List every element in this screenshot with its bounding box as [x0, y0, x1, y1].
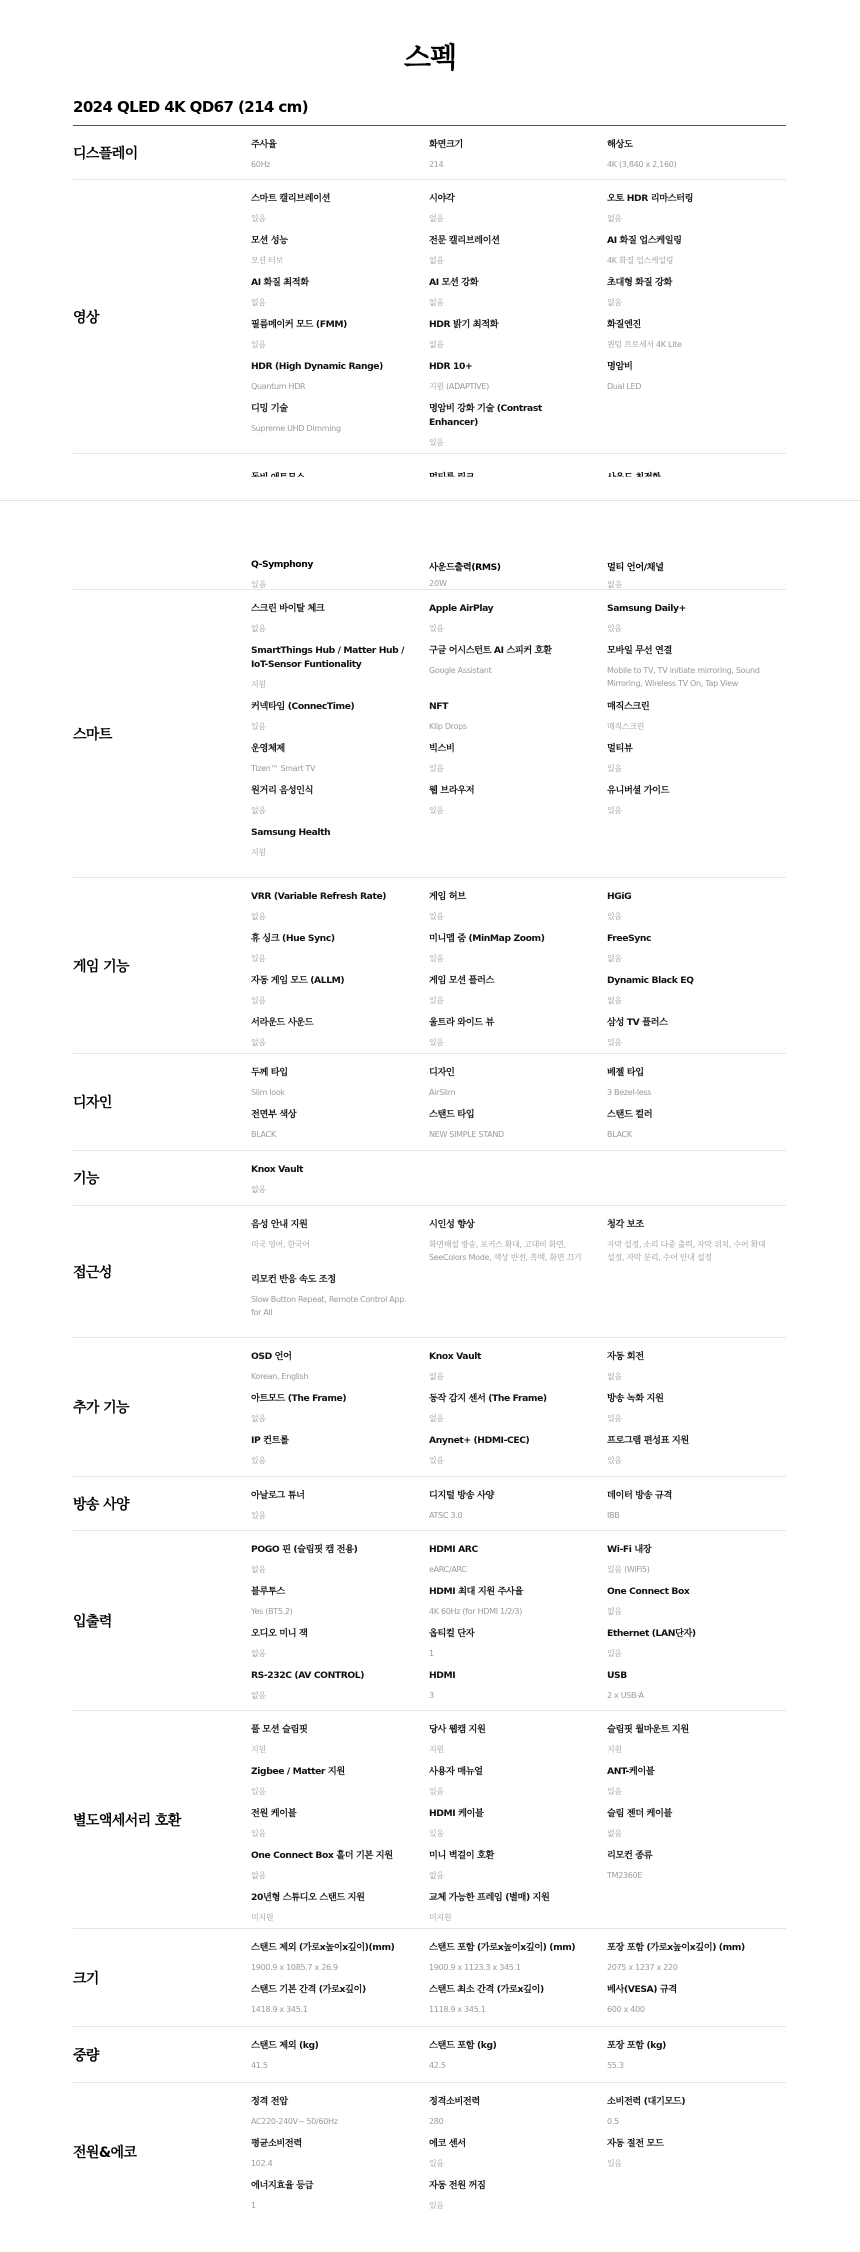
spec-item: 빅스비있음 [429, 742, 607, 784]
spec-value: Slow Button Repeat, Remote Control App. … [251, 1293, 415, 1319]
spec-item: AI 화질 업스케일링4K 화질 업스케일링 [607, 234, 785, 276]
spec-item: Samsung Health지원 [251, 826, 429, 868]
spec-value: 2 x USB-A [607, 1689, 771, 1702]
spec-category-title: 디스플레이 [73, 126, 243, 179]
spec-label: 정격 전압 [251, 2095, 415, 2109]
spec-value: Dual LED [607, 380, 771, 393]
spec-section: 크기스탠드 제외 (가로x높이x깊이)(mm)1900.9 x 1085.7 x… [73, 1929, 786, 2027]
spec-value: 있음 [607, 1454, 771, 1467]
spec-label: 아트모드 (The Frame) [251, 1392, 415, 1406]
spec-value: 지원 (ADAPTIVE) [429, 380, 593, 393]
spec-item: Zigbee / Matter 지원있음 [251, 1765, 429, 1807]
spec-value: 있음 [429, 1454, 593, 1467]
spec-value: 없음 [251, 910, 415, 923]
spec-item: NFTKlip Drops [429, 700, 607, 742]
spec-item: 오디오 미니 잭없음 [251, 1627, 429, 1669]
spec-category-title: 접근성 [73, 1206, 243, 1337]
spec-item: 서라운드 사운드없음 [251, 1016, 429, 1058]
spec-item: Anynet+ (HDMI-CEC)있음 [429, 1434, 607, 1476]
spec-value: 있음 [251, 994, 415, 1007]
spec-label: 주사율 [251, 138, 415, 152]
spec-value: 없음 [251, 804, 415, 817]
model-title: 2024 QLED 4K QD67 (214 cm) [73, 98, 308, 116]
spec-label: 소비전력 (대기모드) [607, 2095, 771, 2109]
spec-section: 별도액세서리 호환풀 모션 슬림핏지원당사 웹캠 지원지원슬림핏 월마운트 지원… [73, 1711, 786, 1929]
spec-value: 화면해설 방송, 포커스 확대, 고대비 화면, SeeColors Mode,… [429, 1238, 593, 1264]
spec-category-title: 전원&에코 [73, 2083, 243, 2220]
spec-item: 스탠드 포함 (kg)42.5 [429, 2039, 607, 2081]
spec-value: 모션 터보 [251, 254, 415, 267]
spec-item: 슬림핏 월마운트 지원지원 [607, 1723, 785, 1765]
spec-value: 0.5 [607, 2115, 771, 2128]
spec-value: 있음 [607, 2157, 771, 2170]
spec-label: 풀 모션 슬림핏 [251, 1723, 415, 1737]
spec-label: HDMI ARC [429, 1543, 593, 1557]
cut-fragment-bottom: Q-Symphony있음사운드출력(RMS)20W멀티 언어/채널없음 [73, 501, 786, 590]
spec-item: 명암비 강화 기술 (Contrast Enhancer)있음 [429, 402, 607, 458]
spec-label: 미니 벽걸이 호환 [429, 1849, 593, 1863]
spec-value: Supreme UHD Dimming [251, 422, 415, 435]
spec-item: 스마트 캘리브레이션있음 [251, 192, 429, 234]
spec-value: 없음 [607, 1827, 771, 1840]
spec-category-title: 추가 기능 [73, 1338, 243, 1476]
spec-item: 원거리 음성인식없음 [251, 784, 429, 826]
spec-label: 오디오 미니 잭 [251, 1627, 415, 1641]
spec-item: 정격소비전력280 [429, 2095, 607, 2137]
spec-value: ATSC 3.0 [429, 1509, 593, 1522]
spec-value: 자막 설정, 소리 다중 출력, 자막 위치, 수어 확대 설정, 자막 분리,… [607, 1238, 771, 1264]
spec-label: 스탠드 컬러 [607, 1108, 771, 1122]
spec-item: HDR (High Dynamic Range)Quantum HDR [251, 360, 429, 402]
spec-item: 블루투스Yes (BT5.2) [251, 1585, 429, 1627]
spec-item: 해상도4K (3,840 x 2,160) [607, 138, 785, 180]
spec-value: AirSlim [429, 1086, 593, 1099]
spec-label: 정격소비전력 [429, 2095, 593, 2109]
spec-value: Mobile to TV, TV initiate mirroring, Sou… [607, 664, 771, 690]
spec-value: 41.5 [251, 2059, 415, 2072]
spec-value: 지원 [607, 1743, 771, 1756]
spec-section: 기능Knox Vault없음 [73, 1151, 786, 1206]
spec-value: 없음 [607, 952, 771, 965]
spec-label: Wi-Fi 내장 [607, 1543, 771, 1557]
spec-value: 있음 [429, 436, 593, 449]
spec-item: Samsung Daily+있음 [607, 602, 785, 644]
spec-item: USB2 x USB-A [607, 1669, 785, 1711]
spec-label: 스탠드 포함 (가로x높이x깊이) (mm) [429, 1941, 593, 1955]
spec-value: 없음 [607, 1370, 771, 1383]
spec-item: 당사 웹캠 지원지원 [429, 1723, 607, 1765]
spec-label: 디지털 방송 사양 [429, 1489, 593, 1503]
spec-category-title: 영상 [73, 180, 243, 453]
spec-label: 청각 보조 [607, 1218, 771, 1232]
spec-category-title: 방송 사양 [73, 1477, 243, 1530]
spec-label: HDR 10+ [429, 360, 593, 374]
spec-item: 청각 보조자막 설정, 소리 다중 출력, 자막 위치, 수어 확대 설정, 자… [607, 1218, 785, 1273]
spec-item: Ethernet (LAN단자)있음 [607, 1627, 785, 1669]
spec-category-title: 기능 [73, 1151, 243, 1205]
spec-label: 디자인 [429, 1066, 593, 1080]
spec-label: Samsung Health [251, 826, 415, 840]
spec-value: 214 [429, 158, 593, 171]
spec-label: 당사 웹캠 지원 [429, 1723, 593, 1737]
spec-label: One Connect Box [607, 1585, 771, 1599]
spec-item: POGO 핀 (슬림핏 캠 전용)없음 [251, 1543, 429, 1585]
spec-value: 없음 [429, 1412, 593, 1425]
spec-value: 있음 [251, 338, 415, 351]
spec-label: 베사(VESA) 규격 [607, 1983, 771, 1997]
spec-value: IBB [607, 1509, 771, 1522]
spec-item: OSD 언어Korean, English [251, 1350, 429, 1392]
spec-label: 스탠드 제외 (kg) [251, 2039, 415, 2053]
spec-item: HDMI3 [429, 1669, 607, 1711]
spec-item: 스탠드 제외 (kg)41.5 [251, 2039, 429, 2081]
spec-label: HDMI 최대 지원 주사율 [429, 1585, 593, 1599]
spec-value: 지원 [251, 846, 415, 859]
spec-label: 자동 회전 [607, 1350, 771, 1364]
spec-label: Knox Vault [251, 1163, 415, 1177]
spec-value: 없음 [251, 1869, 415, 1882]
spec-value: Quantum HDR [251, 380, 415, 393]
spec-value: 있음 [251, 1454, 415, 1467]
spec-value: 1900.9 x 1123.3 x 345.1 [429, 1961, 593, 1974]
spec-label: 스마트 캘리브레이션 [251, 192, 415, 206]
spec-value: Google Assistant [429, 664, 593, 677]
cut-fragment-top: 돌비 애트모스멀티룸 링크사운드 최적화 [73, 454, 786, 500]
spec-section: 디스플레이주사율60Hz화면크기214해상도4K (3,840 x 2,160) [73, 126, 786, 180]
spec-item: 운영체제Tizen™ Smart TV [251, 742, 429, 784]
spec-item: 울트라 와이드 뷰있음 [429, 1016, 607, 1058]
spec-value: 있음 (WiFi5) [607, 1563, 771, 1576]
spec-value: 미지원 [251, 1911, 415, 1924]
spec-label: 평균소비전력 [251, 2137, 415, 2151]
spec-section: 추가 기능OSD 언어Korean, EnglishKnox Vault없음자동… [73, 1338, 786, 1477]
spec-items-grid: OSD 언어Korean, EnglishKnox Vault없음자동 회전없음… [251, 1350, 786, 1476]
spec-label: HDMI [429, 1669, 593, 1683]
spec-label: 베젤 타입 [607, 1066, 771, 1080]
spec-items-grid: 정격 전압AC220-240V~ 50/60Hz정격소비전력280소비전력 (대… [251, 2095, 786, 2221]
spec-label-fragment: 멀티룸 링크 [429, 469, 474, 483]
spec-label: HDR (High Dynamic Range) [251, 360, 415, 374]
spec-item: Dynamic Black EQ없음 [607, 974, 785, 1016]
spec-item: 오토 HDR 리마스터링없음 [607, 192, 785, 234]
spec-item: 스탠드 타입NEW SIMPLE STAND [429, 1108, 607, 1150]
spec-item: 프로그램 편성표 지원있음 [607, 1434, 785, 1476]
spec-label: 두께 타입 [251, 1066, 415, 1080]
spec-label: 스탠드 기본 간격 (가로x깊이) [251, 1983, 415, 1997]
spec-value: 2075 x 1237 x 220 [607, 1961, 771, 1974]
spec-label: Anynet+ (HDMI-CEC) [429, 1434, 593, 1448]
spec-item: 웹 브라우저있음 [429, 784, 607, 826]
spec-item: 정격 전압AC220-240V~ 50/60Hz [251, 2095, 429, 2137]
spec-item: 필름메이커 모드 (FMM)있음 [251, 318, 429, 360]
spec-label: 화면크기 [429, 138, 593, 152]
spec-value: 42.5 [429, 2059, 593, 2072]
spec-value: 60Hz [251, 158, 415, 171]
spec-item: 포장 포함 (가로x높이x깊이) (mm)2075 x 1237 x 220 [607, 1941, 785, 1983]
spec-item: 스탠드 컬러BLACK [607, 1108, 785, 1150]
spec-item: 유니버셜 가이드있음 [607, 784, 785, 826]
spec-label: 울트라 와이드 뷰 [429, 1016, 593, 1030]
spec-label: 구글 어시스턴트 AI 스피커 호환 [429, 644, 593, 658]
spec-value: 1 [429, 1647, 593, 1660]
spec-value: 있음 [251, 1509, 415, 1522]
spec-section: 게임 기능VRR (Variable Refresh Rate)없음게임 허브있… [73, 878, 786, 1054]
spec-section: 접근성음성 안내 지원미국 영어, 한국어시인성 향상화면해설 방송, 포커스 … [73, 1206, 786, 1338]
spec-value: 있음 [429, 910, 593, 923]
spec-label: ANT-케이블 [607, 1765, 771, 1779]
spec-value: 4K 60Hz (for HDMI 1/2/3) [429, 1605, 593, 1618]
spec-value: 없음 [429, 1370, 593, 1383]
page-title: 스펙 [0, 36, 860, 76]
spec-label: 화질엔진 [607, 318, 771, 332]
spec-item: Knox Vault없음 [251, 1163, 429, 1205]
spec-label: 데이터 방송 규격 [607, 1489, 771, 1503]
spec-label: OSD 언어 [251, 1350, 415, 1364]
spec-item: One Connect Box 홀더 기본 지원없음 [251, 1849, 429, 1891]
spec-label: 초대형 화질 강화 [607, 276, 771, 290]
spec-label: NFT [429, 700, 593, 714]
spec-item: HDR 밝기 최적화없음 [429, 318, 607, 360]
spec-section: 방송 사양아날로그 튜너있음디지털 방송 사양ATSC 3.0데이터 방송 규격… [73, 1477, 786, 1531]
spec-items-grid: 아날로그 튜너있음디지털 방송 사양ATSC 3.0데이터 방송 규격IBB [251, 1489, 786, 1531]
spec-value: 없음 [251, 1036, 415, 1049]
spec-label: 커넥타임 (ConnecTime) [251, 700, 415, 714]
spec-value: 없음 [607, 1605, 771, 1618]
spec-section: 입출력POGO 핀 (슬림핏 캠 전용)없음HDMI ARCeARC/ARCWi… [73, 1531, 786, 1711]
spec-label: 시야각 [429, 192, 593, 206]
spec-item: ANT-케이블있음 [607, 1765, 785, 1807]
spec-value: 있음 [429, 622, 593, 635]
spec-items-grid: 스탠드 제외 (가로x높이x깊이)(mm)1900.9 x 1085.7 x 2… [251, 1941, 786, 2025]
spec-section: 디자인두께 타입Slim look디자인AirSlim베젤 타입3 Bezel-… [73, 1054, 786, 1151]
spec-item: 자동 게임 모드 (ALLM)있음 [251, 974, 429, 1016]
spec-label: 블루투스 [251, 1585, 415, 1599]
spec-value: 4K 화질 업스케일링 [607, 254, 771, 267]
spec-value: BLACK [607, 1128, 771, 1141]
spec-item: 두께 타입Slim look [251, 1066, 429, 1108]
spec-value: 없음 [607, 212, 771, 225]
spec-items-grid: 스마트 캘리브레이션있음시야각없음오토 HDR 리마스터링없음모션 성능모션 터… [251, 192, 786, 458]
spec-value: Yes (BT5.2) [251, 1605, 415, 1618]
spec-label: 게임 허브 [429, 890, 593, 904]
spec-value: 55.3 [607, 2059, 771, 2072]
spec-items-grid: 풀 모션 슬림핏지원당사 웹캠 지원지원슬림핏 월마운트 지원지원Zigbee … [251, 1723, 786, 1933]
spec-item: 옵티컬 단자1 [429, 1627, 607, 1669]
spec-item: AI 화질 최적화없음 [251, 276, 429, 318]
spec-value: 있음 [607, 762, 771, 775]
spec-value: 280 [429, 2115, 593, 2128]
spec-label: 슬림핏 월마운트 지원 [607, 1723, 771, 1737]
spec-label: 휴 싱크 (Hue Sync) [251, 932, 415, 946]
spec-label: 미니맵 줌 (MinMap Zoom) [429, 932, 593, 946]
spec-item: 게임 허브있음 [429, 890, 607, 932]
spec-category-title: 게임 기능 [73, 878, 243, 1053]
spec-label: 프로그램 편성표 지원 [607, 1434, 771, 1448]
spec-label: 리모컨 종류 [607, 1849, 771, 1863]
spec-items-grid: 스크린 바이탈 체크없음Apple AirPlay있음Samsung Daily… [251, 602, 786, 868]
spec-label: 게임 모션 플러스 [429, 974, 593, 988]
spec-value: 있음 [607, 1412, 771, 1425]
spec-category-title: 크기 [73, 1929, 243, 2026]
spec-item: 전문 캘리브레이션없음 [429, 234, 607, 276]
spec-label: 디밍 기술 [251, 402, 415, 416]
spec-item: 아날로그 튜너있음 [251, 1489, 429, 1531]
spec-item: 스탠드 포함 (가로x높이x깊이) (mm)1900.9 x 1123.3 x … [429, 1941, 607, 1983]
spec-label: 음성 안내 지원 [251, 1218, 415, 1232]
spec-label: 아날로그 튜너 [251, 1489, 415, 1503]
spec-item: 에코 센서있음 [429, 2137, 607, 2179]
spec-label: 슬림 젠더 케이블 [607, 1807, 771, 1821]
page-cut-fragment: 돌비 애트모스멀티룸 링크사운드 최적화Q-Symphony있음사운드출력(RM… [0, 454, 860, 590]
spec-label: 전면부 색상 [251, 1108, 415, 1122]
spec-label: USB [607, 1669, 771, 1683]
spec-value: 없음 [429, 1869, 593, 1882]
spec-label: Knox Vault [429, 1350, 593, 1364]
spec-value: 있음 [251, 720, 415, 733]
spec-value: 있음 [429, 2157, 593, 2170]
spec-item: 디지털 방송 사양ATSC 3.0 [429, 1489, 607, 1531]
spec-label: 교체 가능한 프레임 (별매) 지원 [429, 1891, 593, 1905]
spec-item: 화질엔진퀀텀 프로세서 4K Lite [607, 318, 785, 360]
spec-item: 포장 포함 (kg)55.3 [607, 2039, 785, 2081]
spec-item: 베젤 타입3 Bezel-less [607, 1066, 785, 1108]
spec-item: One Connect Box없음 [607, 1585, 785, 1627]
spec-item: Apple AirPlay있음 [429, 602, 607, 644]
spec-item: 스크린 바이탈 체크없음 [251, 602, 429, 644]
spec-item: 슬림 젠더 케이블없음 [607, 1807, 785, 1849]
spec-item: 평균소비전력102.4 [251, 2137, 429, 2179]
spec-label: 스탠드 제외 (가로x높이x깊이)(mm) [251, 1941, 415, 1955]
spec-value: 있음 [429, 762, 593, 775]
spec-item: 화면크기214 [429, 138, 607, 180]
spec-item: 구글 어시스턴트 AI 스피커 호환Google Assistant [429, 644, 607, 700]
spec-value: 있음 [251, 952, 415, 965]
spec-item: 사용자 매뉴얼있음 [429, 1765, 607, 1807]
spec-value: 3 [429, 1689, 593, 1702]
spec-label: AI 화질 최적화 [251, 276, 415, 290]
spec-label: 리모컨 반응 속도 조정 [251, 1273, 415, 1287]
spec-value: Korean, English [251, 1370, 415, 1383]
spec-label: 해상도 [607, 138, 771, 152]
spec-value: 있음 [607, 910, 771, 923]
spec-item: 스탠드 제외 (가로x높이x깊이)(mm)1900.9 x 1085.7 x 2… [251, 1941, 429, 1983]
spec-items-grid: 두께 타입Slim look디자인AirSlim베젤 타입3 Bezel-les… [251, 1066, 786, 1150]
spec-label: 스탠드 최소 간격 (가로x깊이) [429, 1983, 593, 1997]
spec-item: 모션 성능모션 터보 [251, 234, 429, 276]
spec-item: 리모컨 반응 속도 조정Slow Button Repeat, Remote C… [251, 1273, 429, 1328]
spec-value: 매직스크린 [607, 720, 771, 733]
spec-item: SmartThings Hub / Matter Hub / IoT-Senso… [251, 644, 429, 700]
spec-value: 1900.9 x 1085.7 x 26.9 [251, 1961, 415, 1974]
spec-value: 없음 [251, 296, 415, 309]
spec-value: 없음 [607, 296, 771, 309]
spec-value: 있음 [607, 622, 771, 635]
spec-value: 없음 [251, 622, 415, 635]
spec-label: 전원 케이블 [251, 1807, 415, 1821]
spec-item: 초대형 화질 강화없음 [607, 276, 785, 318]
spec-items-grid: Knox Vault없음 [251, 1163, 786, 1205]
spec-label: 모바일 무선 연결 [607, 644, 771, 658]
spec-item: HDR 10+지원 (ADAPTIVE) [429, 360, 607, 402]
spec-value: 있음 [429, 952, 593, 965]
spec-label: 20년형 스튜디오 스탠드 지원 [251, 1891, 415, 1905]
spec-label: 자동 전원 꺼짐 [429, 2179, 593, 2193]
spec-value: 있음 [251, 1785, 415, 1798]
spec-item: VRR (Variable Refresh Rate)없음 [251, 890, 429, 932]
spec-label: 포장 포함 (가로x높이x깊이) (mm) [607, 1941, 771, 1955]
spec-item: FreeSync없음 [607, 932, 785, 974]
spec-value: 없음 [251, 1689, 415, 1702]
spec-value: 있음 [607, 1036, 771, 1049]
spec-label: Zigbee / Matter 지원 [251, 1765, 415, 1779]
spec-item: 매직스크린매직스크린 [607, 700, 785, 742]
spec-item: 미니맵 줌 (MinMap Zoom)있음 [429, 932, 607, 974]
spec-label: Apple AirPlay [429, 602, 593, 616]
spec-value: 있음 [607, 1647, 771, 1660]
spec-item: 방송 녹화 지원있음 [607, 1392, 785, 1434]
spec-label: 방송 녹화 지원 [607, 1392, 771, 1406]
spec-item: 전원 케이블있음 [251, 1807, 429, 1849]
spec-value: 없음 [429, 254, 593, 267]
spec-value: 없음 [251, 1183, 415, 1196]
spec-label: Samsung Daily+ [607, 602, 771, 616]
spec-label: 명암비 강화 기술 (Contrast Enhancer) [429, 402, 593, 430]
spec-value: eARC/ARC [429, 1563, 593, 1576]
spec-item: 스탠드 최소 간격 (가로x깊이)1118.9 x 345.1 [429, 1983, 607, 2025]
spec-category-title: 별도액세서리 호환 [73, 1711, 243, 1928]
spec-item: 스탠드 기본 간격 (가로x깊이)1418.9 x 345.1 [251, 1983, 429, 2025]
spec-items-grid: 스탠드 제외 (kg)41.5스탠드 포함 (kg)42.5포장 포함 (kg)… [251, 2039, 786, 2081]
spec-item: 아트모드 (The Frame)없음 [251, 1392, 429, 1434]
spec-label: 사운드출력(RMS) [429, 559, 501, 573]
spec-items-grid: 주사율60Hz화면크기214해상도4K (3,840 x 2,160) [251, 138, 786, 180]
spec-item: AI 모션 강화없음 [429, 276, 607, 318]
spec-label: 웹 브라우저 [429, 784, 593, 798]
spec-value: 있음 [251, 1827, 415, 1840]
spec-item: HDMI 케이블있음 [429, 1807, 607, 1849]
spec-value: 지원 [251, 1743, 415, 1756]
spec-label: SmartThings Hub / Matter Hub / IoT-Senso… [251, 644, 415, 672]
spec-label: IP 컨트롤 [251, 1434, 415, 1448]
spec-value: 20W [429, 579, 447, 588]
spec-label: RS-232C (AV CONTROL) [251, 1669, 415, 1683]
spec-item: 소비전력 (대기모드)0.5 [607, 2095, 785, 2137]
spec-item: 멀티뷰있음 [607, 742, 785, 784]
spec-item: 전면부 색상BLACK [251, 1108, 429, 1150]
spec-label: 유니버셜 가이드 [607, 784, 771, 798]
spec-value: TM2360E [607, 1869, 771, 1882]
spec-item: HGiG있음 [607, 890, 785, 932]
spec-label: AI 모션 강화 [429, 276, 593, 290]
spec-item: Knox Vault없음 [429, 1350, 607, 1392]
spec-label: POGO 핀 (슬림핏 캠 전용) [251, 1543, 415, 1557]
spec-item: 미니 벽걸이 호환없음 [429, 1849, 607, 1891]
spec-value: 있음 [429, 994, 593, 1007]
spec-value: Tizen™ Smart TV [251, 762, 415, 775]
spec-item: IP 컨트롤있음 [251, 1434, 429, 1476]
spec-item: 디밍 기술Supreme UHD Dimming [251, 402, 429, 458]
spec-label-fragment: 돌비 애트모스 [251, 469, 305, 483]
spec-label: 시인성 향상 [429, 1218, 593, 1232]
spec-label: 전문 캘리브레이션 [429, 234, 593, 248]
spec-label: 멀티 언어/채널 [607, 559, 664, 573]
spec-value: 퀀텀 프로세서 4K Lite [607, 338, 771, 351]
spec-label: 필름메이커 모드 (FMM) [251, 318, 415, 332]
spec-label: 매직스크린 [607, 700, 771, 714]
spec-item: 커넥타임 (ConnecTime)있음 [251, 700, 429, 742]
spec-category-title: 중량 [73, 2027, 243, 2082]
spec-value: NEW SIMPLE STAND [429, 1128, 593, 1141]
